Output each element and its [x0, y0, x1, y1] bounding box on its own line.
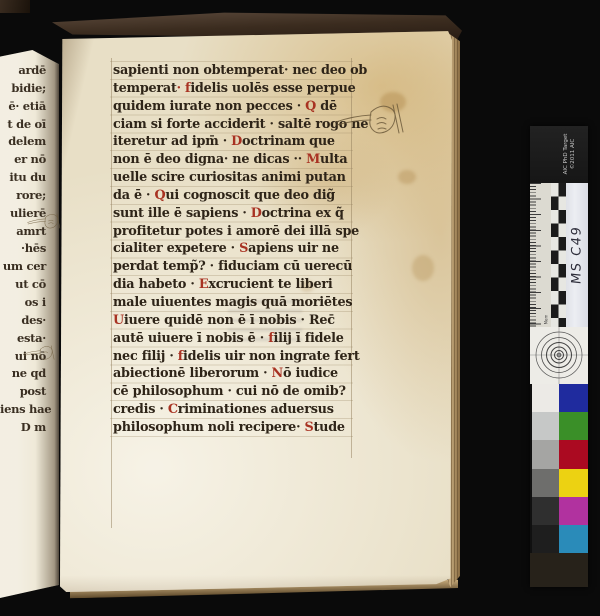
text-segment: temperat: [113, 81, 177, 96]
manuscript-line: dia habeto · Excrucient te liberi: [113, 276, 353, 294]
red-initial: D: [251, 206, 262, 221]
left-page-line-fragment: os i: [0, 294, 46, 312]
target-header-text: AIC PhD Target ©2011 AIC: [563, 126, 577, 182]
manicule-icon: [22, 342, 58, 367]
color-patch: [559, 469, 588, 497]
concentric-circles-icon: [530, 327, 588, 384]
text-segment: male uiuentes magis quā moriētes: [113, 295, 352, 310]
red-initial: N: [272, 366, 283, 381]
text-segment: idelis uolēs esse perpue: [190, 81, 355, 96]
gray-patch: [532, 469, 559, 497]
text-segment: dia habeto ·: [113, 277, 199, 292]
text-segment: sapienti non obtemperat· nec deo ob: [113, 63, 367, 78]
manuscript-line: temperat· fidelis uolēs esse perpue: [113, 80, 353, 98]
patch-row: [532, 497, 588, 525]
manuscript-line: Uiuere quidē non ē ī nobis · Rec̄: [113, 312, 353, 330]
book-cover-corner: [0, 0, 30, 13]
color-calibration-target: AIC PhD Target ©2011 AIC Mem MS C49: [530, 126, 588, 587]
patch-row: [532, 412, 588, 440]
manuscript-line: credis · Criminationes aduersus: [113, 401, 353, 419]
text-segment: uelle scire curiositas animi putan: [113, 170, 346, 185]
red-initial: S: [239, 241, 248, 256]
text-segment: ō iudice: [283, 366, 338, 381]
gray-patch: [532, 440, 559, 468]
gray-patch: [532, 497, 559, 525]
text-segment: abiectionē liberorum ·: [113, 366, 272, 381]
target-copyright: ©2011 AIC: [570, 126, 577, 182]
red-initial: E: [199, 277, 209, 292]
text-segment: autē uiuere ī nobis ē ·: [113, 331, 268, 346]
red-initial: S: [305, 420, 314, 435]
text-segment: ilij ī fidele: [273, 331, 343, 346]
manuscript-line: philosophum noli recipere· Stude: [113, 419, 353, 437]
gray-patch: [532, 384, 559, 412]
text-segment: cialiter expetere ·: [113, 241, 239, 256]
target-bottom-block: [530, 553, 588, 587]
text-segment: octrinam que: [242, 134, 335, 149]
text-segment: iuere quidē non ē ī nobis · Rec̄: [124, 313, 335, 328]
gray-patch: [532, 525, 559, 553]
left-page-line-fragment: ardē: [0, 62, 46, 80]
manuscript-line: uelle scire curiositas animi putan: [113, 169, 353, 187]
text-segment: nec filij ·: [113, 349, 178, 364]
text-segment: octrina ex q̃: [262, 206, 344, 221]
text-segment: da ē ·: [113, 188, 154, 203]
left-page-line-fragment: ne qd: [0, 365, 46, 383]
left-page-line-fragment: bidie;: [0, 80, 46, 98]
left-page-text-fragments: ardēbidie;ē· etiāt de oīdelemer nōitu du…: [0, 62, 46, 437]
left-page-line-fragment: post: [0, 383, 46, 401]
manuscript-line: perdat temp̃? · fiduciam cū uerecū: [113, 258, 353, 276]
left-page-line-fragment: itu du: [0, 169, 46, 187]
target-ruler-section: Mem MS C49: [530, 183, 588, 327]
left-page-line-fragment: D m: [0, 419, 46, 437]
text-segment: tude: [314, 420, 345, 435]
target-title: AIC PhD Target: [563, 126, 570, 182]
text-segment: perdat temp̃? · fiduciam cū uerecū: [113, 259, 352, 274]
manuscript-line: sunt ille ē sapiens · Doctrina ex q̃: [113, 205, 353, 223]
manicule-icon: [26, 210, 64, 236]
red-initial: Q: [305, 99, 316, 114]
manuscript-line: ciam si forte acciderit · saltē rogo ne: [113, 116, 353, 134]
text-segment: apiens uir ne: [248, 241, 339, 256]
red-initial: U: [113, 313, 124, 328]
manuscript-line: quidem iurate non pecces · Q dē: [113, 98, 353, 116]
left-page-line-fragment: ē· etiā: [0, 98, 46, 116]
manuscript-text-block: sapienti non obtemperat· nec deo obtempe…: [113, 62, 353, 437]
manuscript-line: non ē deo digna· ne dicas ·· Multa: [113, 151, 353, 169]
left-page-line-fragment: delem: [0, 133, 46, 151]
manicule-icon: [333, 98, 407, 148]
text-segment: profitetur potes i amorē dei illā spe: [113, 224, 359, 239]
patch-row: [532, 384, 588, 412]
manuscript-id-label: MS C49: [570, 225, 585, 285]
left-page-line-fragment: t de oī: [0, 116, 46, 134]
patch-row: [532, 440, 588, 468]
color-patch-grid: [530, 384, 588, 553]
text-segment: riminationes aduersus: [178, 402, 334, 417]
left-page-line-fragment: um cer: [0, 258, 46, 276]
vertical-ruling-line-left: [111, 58, 112, 528]
text-segment: idelis uir non ingrate fert: [183, 349, 360, 364]
color-patch: [559, 525, 588, 553]
manuscript-line: nec filij · fidelis uir non ingrate fert: [113, 348, 353, 366]
manuscript-line: cē philosophum · cui nō de omib?: [113, 383, 353, 401]
manuscript-line: da ē · Qui cognoscit que deo dig̃: [113, 187, 353, 205]
left-page-line-fragment: rore;: [0, 187, 46, 205]
text-segment: cē philosophum · cui nō de omib?: [113, 384, 346, 399]
stain-spot: [412, 255, 434, 281]
checkerboard-scale: [551, 183, 566, 327]
gray-patch: [532, 412, 559, 440]
stain-spot: [398, 170, 416, 184]
target-header: AIC PhD Target ©2011 AIC: [530, 126, 588, 183]
text-segment: xcrucient te liberi: [208, 277, 332, 292]
manuscript-line: sapienti non obtemperat· nec deo ob: [113, 62, 353, 80]
color-patch: [559, 412, 588, 440]
text-segment: non ē deo digna· ne dicas ··: [113, 152, 306, 167]
red-initial: · f: [177, 81, 191, 96]
left-page-line-fragment: er nō: [0, 151, 46, 169]
color-patch: [559, 384, 588, 412]
left-page-line-fragment: ut cō: [0, 276, 46, 294]
text-segment: quidem iurate non pecces ·: [113, 99, 305, 114]
registration-circles: [530, 327, 588, 384]
manuscript-id-strip: MS C49: [566, 183, 588, 327]
text-segment: iteretur ad ipm̄ ·: [113, 134, 231, 149]
color-patch: [559, 440, 588, 468]
red-initial: C: [168, 402, 178, 417]
left-page-line-fragment: ·hēs: [0, 240, 46, 258]
red-initial: D: [231, 134, 242, 149]
ruler-unit-label: Mem: [543, 315, 548, 325]
manuscript-line: autē uiuere ī nobis ē · filij ī fidele: [113, 330, 353, 348]
text-segment: ulta: [320, 152, 347, 167]
ruler-scale: Mem: [530, 183, 551, 327]
left-page-line-fragment: des·: [0, 312, 46, 330]
manuscript-line: profitetur potes i amorē dei illā spe: [113, 223, 353, 241]
text-segment: ciam si forte acciderit · saltē rogo ne: [113, 117, 368, 132]
text-segment: sunt ille ē sapiens ·: [113, 206, 251, 221]
manuscript-line: male uiuentes magis quā moriētes: [113, 294, 353, 312]
manuscript-line: abiectionē liberorum · Nō iudice: [113, 365, 353, 383]
red-initial: M: [306, 152, 320, 167]
red-initial: Q: [154, 188, 165, 203]
color-patch: [559, 497, 588, 525]
manuscript-line: iteretur ad ipm̄ · Doctrinam que: [113, 133, 353, 151]
manuscript-line: cialiter expetere · Sapiens uir ne: [113, 240, 353, 258]
left-page-line-fragment: iens hae: [0, 401, 46, 419]
patch-row: [532, 469, 588, 497]
text-segment: philosophum noli recipere·: [113, 420, 305, 435]
text-segment: ui cognoscit que deo dig̃: [165, 188, 335, 203]
patch-row: [532, 525, 588, 553]
text-segment: credis ·: [113, 402, 168, 417]
